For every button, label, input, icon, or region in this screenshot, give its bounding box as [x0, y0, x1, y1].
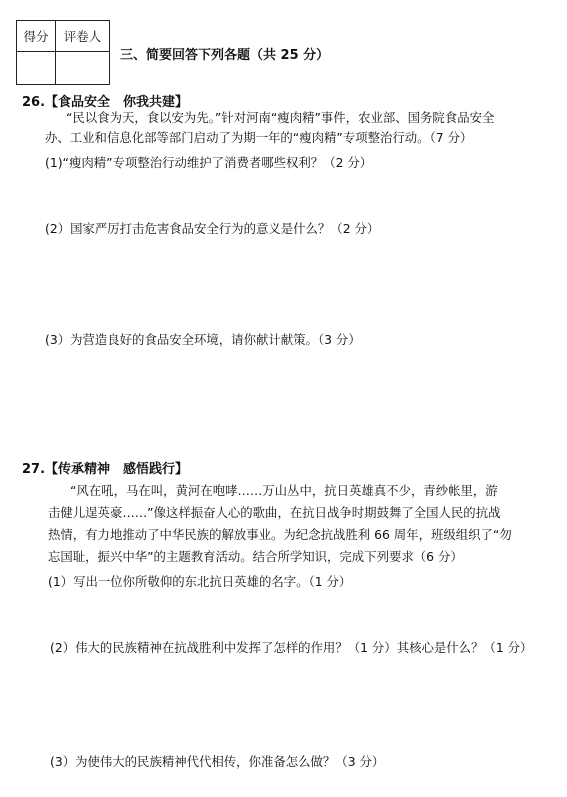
score-table: 得分 评卷人 — [16, 20, 110, 85]
question-26-sub-1: (1)“瘦肉精”专项整治行动维护了消费者哪些权利？（2 分） — [45, 153, 372, 171]
question-number: 27. — [22, 462, 45, 477]
question-27-material-line-3: 热情，有力地推动了中华民族的解放事业。为纪念抗战胜利 66 周年，班级组织了“勿 — [48, 525, 512, 545]
question-27-sub-2: (2）伟大的民族精神在抗战胜利中发挥了怎样的作用？（1 分）其核心是什么？（1 … — [50, 638, 532, 656]
question-topic: 【传承精神 感悟践行】 — [45, 462, 188, 477]
question-27-sub-1: (1）写出一位你所敬仰的东北抗日英雄的名字。（1 分） — [48, 572, 351, 590]
section-title: 三、简要回答下列各题（共 25 分） — [120, 44, 329, 63]
question-26-material-line-1: “民以食为天，食以安为先。”针对河南“瘦肉精”事件，农业部、国务院食品安全 — [66, 108, 494, 128]
question-27-heading: 27.【传承精神 感悟践行】 — [22, 458, 188, 477]
question-27-sub-3: (3）为使伟大的民族精神代代相传，你准备怎么做？（3 分） — [50, 752, 384, 770]
grader-header: 评卷人 — [56, 21, 110, 52]
question-26-sub-3: (3）为营造良好的食品安全环境，请你献计献策。（3 分） — [45, 330, 361, 348]
question-27-material-line-2: 击健儿逞英豪……”像这样振奋人心的歌曲，在抗日战争时期鼓舞了全国人民的抗战 — [48, 503, 500, 523]
question-number: 26. — [22, 95, 45, 110]
question-26-sub-2: (2）国家严厉打击危害食品安全行为的意义是什么？（2 分） — [45, 219, 379, 237]
question-27-material-line-1: “风在吼，马在叫，黄河在咆哮……万山丛中，抗日英雄真不少，青纱帐里，游 — [70, 481, 498, 501]
grader-cell[interactable] — [56, 52, 110, 85]
question-27-material-line-4: 忘国耻，振兴中华”的主题教育活动。结合所学知识，完成下列要求（6 分） — [48, 547, 463, 567]
score-cell[interactable] — [17, 52, 56, 85]
question-26-material-line-2: 办、工业和信息化部等部门启动了为期一年的“瘦肉精”专项整治行动。（7 分） — [45, 128, 472, 148]
score-header: 得分 — [17, 21, 56, 52]
